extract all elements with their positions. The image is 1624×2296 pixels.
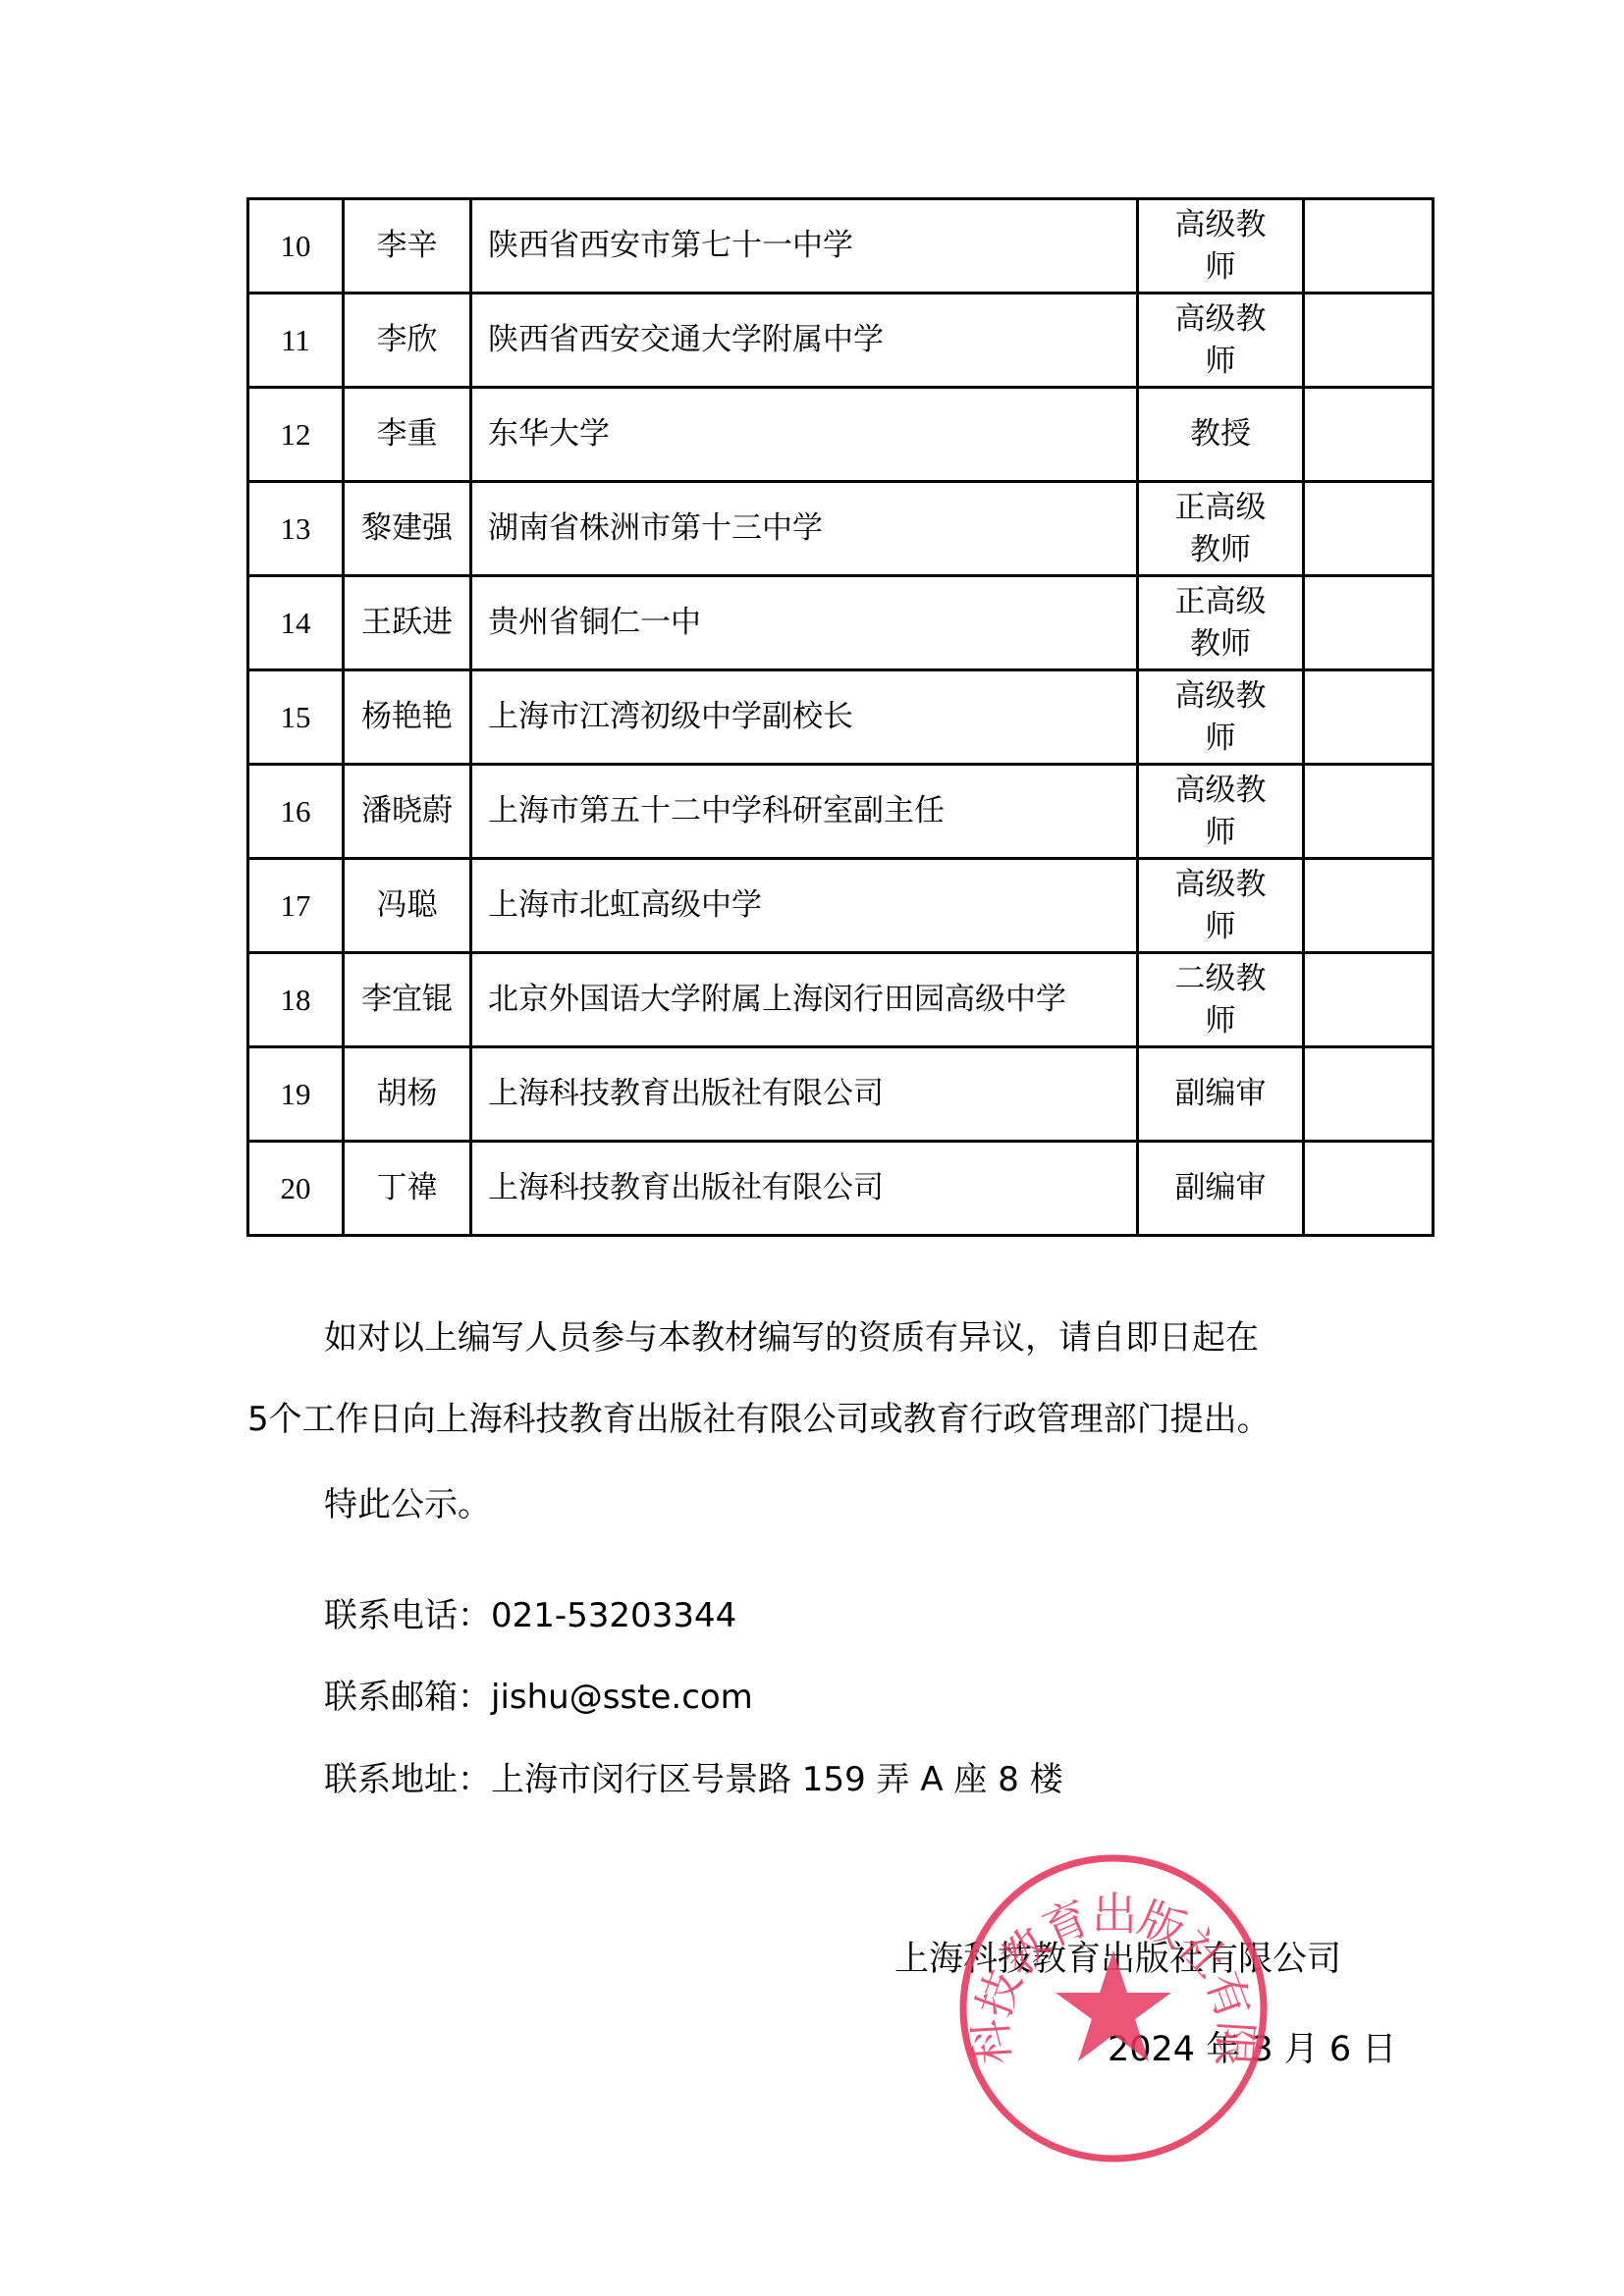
table-row: 14 王跃进 贵州省铜仁一中 正高级教师 xyxy=(248,576,1434,670)
table-row: 13 黎建强 湖南省株洲市第十三中学 正高级教师 xyxy=(248,482,1434,576)
contact-phone-value: 021-53203344 xyxy=(491,1596,736,1635)
author-note xyxy=(1304,576,1434,670)
author-organization: 贵州省铜仁一中 xyxy=(471,576,1138,670)
contact-email-label: 联系邮箱： xyxy=(324,1678,491,1717)
table-row: 16 潘晓蔚 上海市第五十二中学科研室副主任 高级教师 xyxy=(248,765,1434,859)
author-note xyxy=(1304,482,1434,576)
author-name: 王跃进 xyxy=(344,576,471,670)
author-organization: 湖南省株洲市第十三中学 xyxy=(471,482,1138,576)
author-name: 李重 xyxy=(344,388,471,482)
author-title: 二级教师 xyxy=(1138,953,1304,1047)
author-note xyxy=(1304,670,1434,765)
author-organization: 上海科技教育出版社有限公司 xyxy=(471,1047,1138,1142)
table-row: 12 李重 东华大学 教授 xyxy=(248,388,1434,482)
author-note xyxy=(1304,953,1434,1047)
author-note xyxy=(1304,388,1434,482)
author-name: 李宜锟 xyxy=(344,953,471,1047)
author-roster-table: 10 李辛 陕西省西安市第七十一中学 高级教师 11 李欣 陕西省西安交通大学附… xyxy=(246,197,1435,1237)
author-organization: 陕西省西安市第七十一中学 xyxy=(471,199,1138,294)
row-number: 19 xyxy=(248,1047,344,1142)
contact-address-value: 上海市闵行区号景路 159 弄 A 座 8 楼 xyxy=(491,1760,1063,1799)
author-name: 冯聪 xyxy=(344,859,471,953)
row-number: 17 xyxy=(248,859,344,953)
author-note xyxy=(1304,294,1434,388)
row-number: 12 xyxy=(248,388,344,482)
contact-address-label: 联系地址： xyxy=(324,1760,491,1799)
author-name: 杨艳艳 xyxy=(344,670,471,765)
author-note xyxy=(1304,1047,1434,1142)
table-row: 18 李宜锟 北京外国语大学附属上海闵行田园高级中学 二级教师 xyxy=(248,953,1434,1047)
author-name: 胡杨 xyxy=(344,1047,471,1142)
author-title: 高级教师 xyxy=(1138,199,1304,294)
signature-date: 2024 年 3 月 6 日 xyxy=(1108,2022,1396,2071)
author-name: 李辛 xyxy=(344,199,471,294)
author-title: 高级教师 xyxy=(1138,670,1304,765)
document-page: 10 李辛 陕西省西安市第七十一中学 高级教师 11 李欣 陕西省西安交通大学附… xyxy=(0,0,1624,2296)
row-number: 15 xyxy=(248,670,344,765)
table-row: 11 李欣 陕西省西安交通大学附属中学 高级教师 xyxy=(248,294,1434,388)
author-note xyxy=(1304,859,1434,953)
signature-company: 上海科技教育出版社有限公司 xyxy=(894,1932,1341,1981)
contact-phone-label: 联系电话： xyxy=(324,1596,491,1635)
author-organization: 上海市江湾初级中学副校长 xyxy=(471,670,1138,765)
notice-line-1: 如对以上编写人员参与本教材编写的资质有异议，请自即日起在 xyxy=(324,1310,1259,1359)
contact-address: 联系地址：上海市闵行区号景路 159 弄 A 座 8 楼 xyxy=(324,1752,1063,1800)
row-number: 16 xyxy=(248,765,344,859)
author-organization: 陕西省西安交通大学附属中学 xyxy=(471,294,1138,388)
table-row: 17 冯聪 上海市北虹高级中学 高级教师 xyxy=(248,859,1434,953)
row-number: 13 xyxy=(248,482,344,576)
author-organization: 上海市第五十二中学科研室副主任 xyxy=(471,765,1138,859)
author-note xyxy=(1304,199,1434,294)
row-number: 18 xyxy=(248,953,344,1047)
table-row: 19 胡杨 上海科技教育出版社有限公司 副编审 xyxy=(248,1047,1434,1142)
author-title: 教授 xyxy=(1138,388,1304,482)
official-seal-icon: 上海科技教育出版社有限公司 xyxy=(957,1852,1270,2164)
contact-email: 联系邮箱：jishu@sste.com xyxy=(324,1670,753,1718)
table-row: 20 丁禕 上海科技教育出版社有限公司 副编审 xyxy=(248,1142,1434,1236)
author-title: 正高级教师 xyxy=(1138,576,1304,670)
author-organization: 上海市北虹高级中学 xyxy=(471,859,1138,953)
row-number: 10 xyxy=(248,199,344,294)
author-title: 副编审 xyxy=(1138,1142,1304,1236)
author-organization: 上海科技教育出版社有限公司 xyxy=(471,1142,1138,1236)
author-title: 高级教师 xyxy=(1138,859,1304,953)
author-title: 高级教师 xyxy=(1138,765,1304,859)
author-title: 副编审 xyxy=(1138,1047,1304,1142)
author-organization: 北京外国语大学附属上海闵行田园高级中学 xyxy=(471,953,1138,1047)
row-number: 20 xyxy=(248,1142,344,1236)
author-organization: 东华大学 xyxy=(471,388,1138,482)
author-note xyxy=(1304,1142,1434,1236)
table-row: 15 杨艳艳 上海市江湾初级中学副校长 高级教师 xyxy=(248,670,1434,765)
row-number: 14 xyxy=(248,576,344,670)
contact-email-value: jishu@sste.com xyxy=(491,1678,753,1717)
author-name: 黎建强 xyxy=(344,482,471,576)
contact-phone: 联系电话：021-53203344 xyxy=(324,1588,736,1636)
notice-line-2: 5个工作日向上海科技教育出版社有限公司或教育行政管理部门提出。 xyxy=(247,1392,1271,1440)
author-name: 李欣 xyxy=(344,294,471,388)
row-number: 11 xyxy=(248,294,344,388)
author-note xyxy=(1304,765,1434,859)
table-row: 10 李辛 陕西省西安市第七十一中学 高级教师 xyxy=(248,199,1434,294)
author-title: 正高级教师 xyxy=(1138,482,1304,576)
author-name: 潘晓蔚 xyxy=(344,765,471,859)
author-title: 高级教师 xyxy=(1138,294,1304,388)
author-name: 丁禕 xyxy=(344,1142,471,1236)
notice-closing: 特此公示。 xyxy=(324,1477,491,1525)
